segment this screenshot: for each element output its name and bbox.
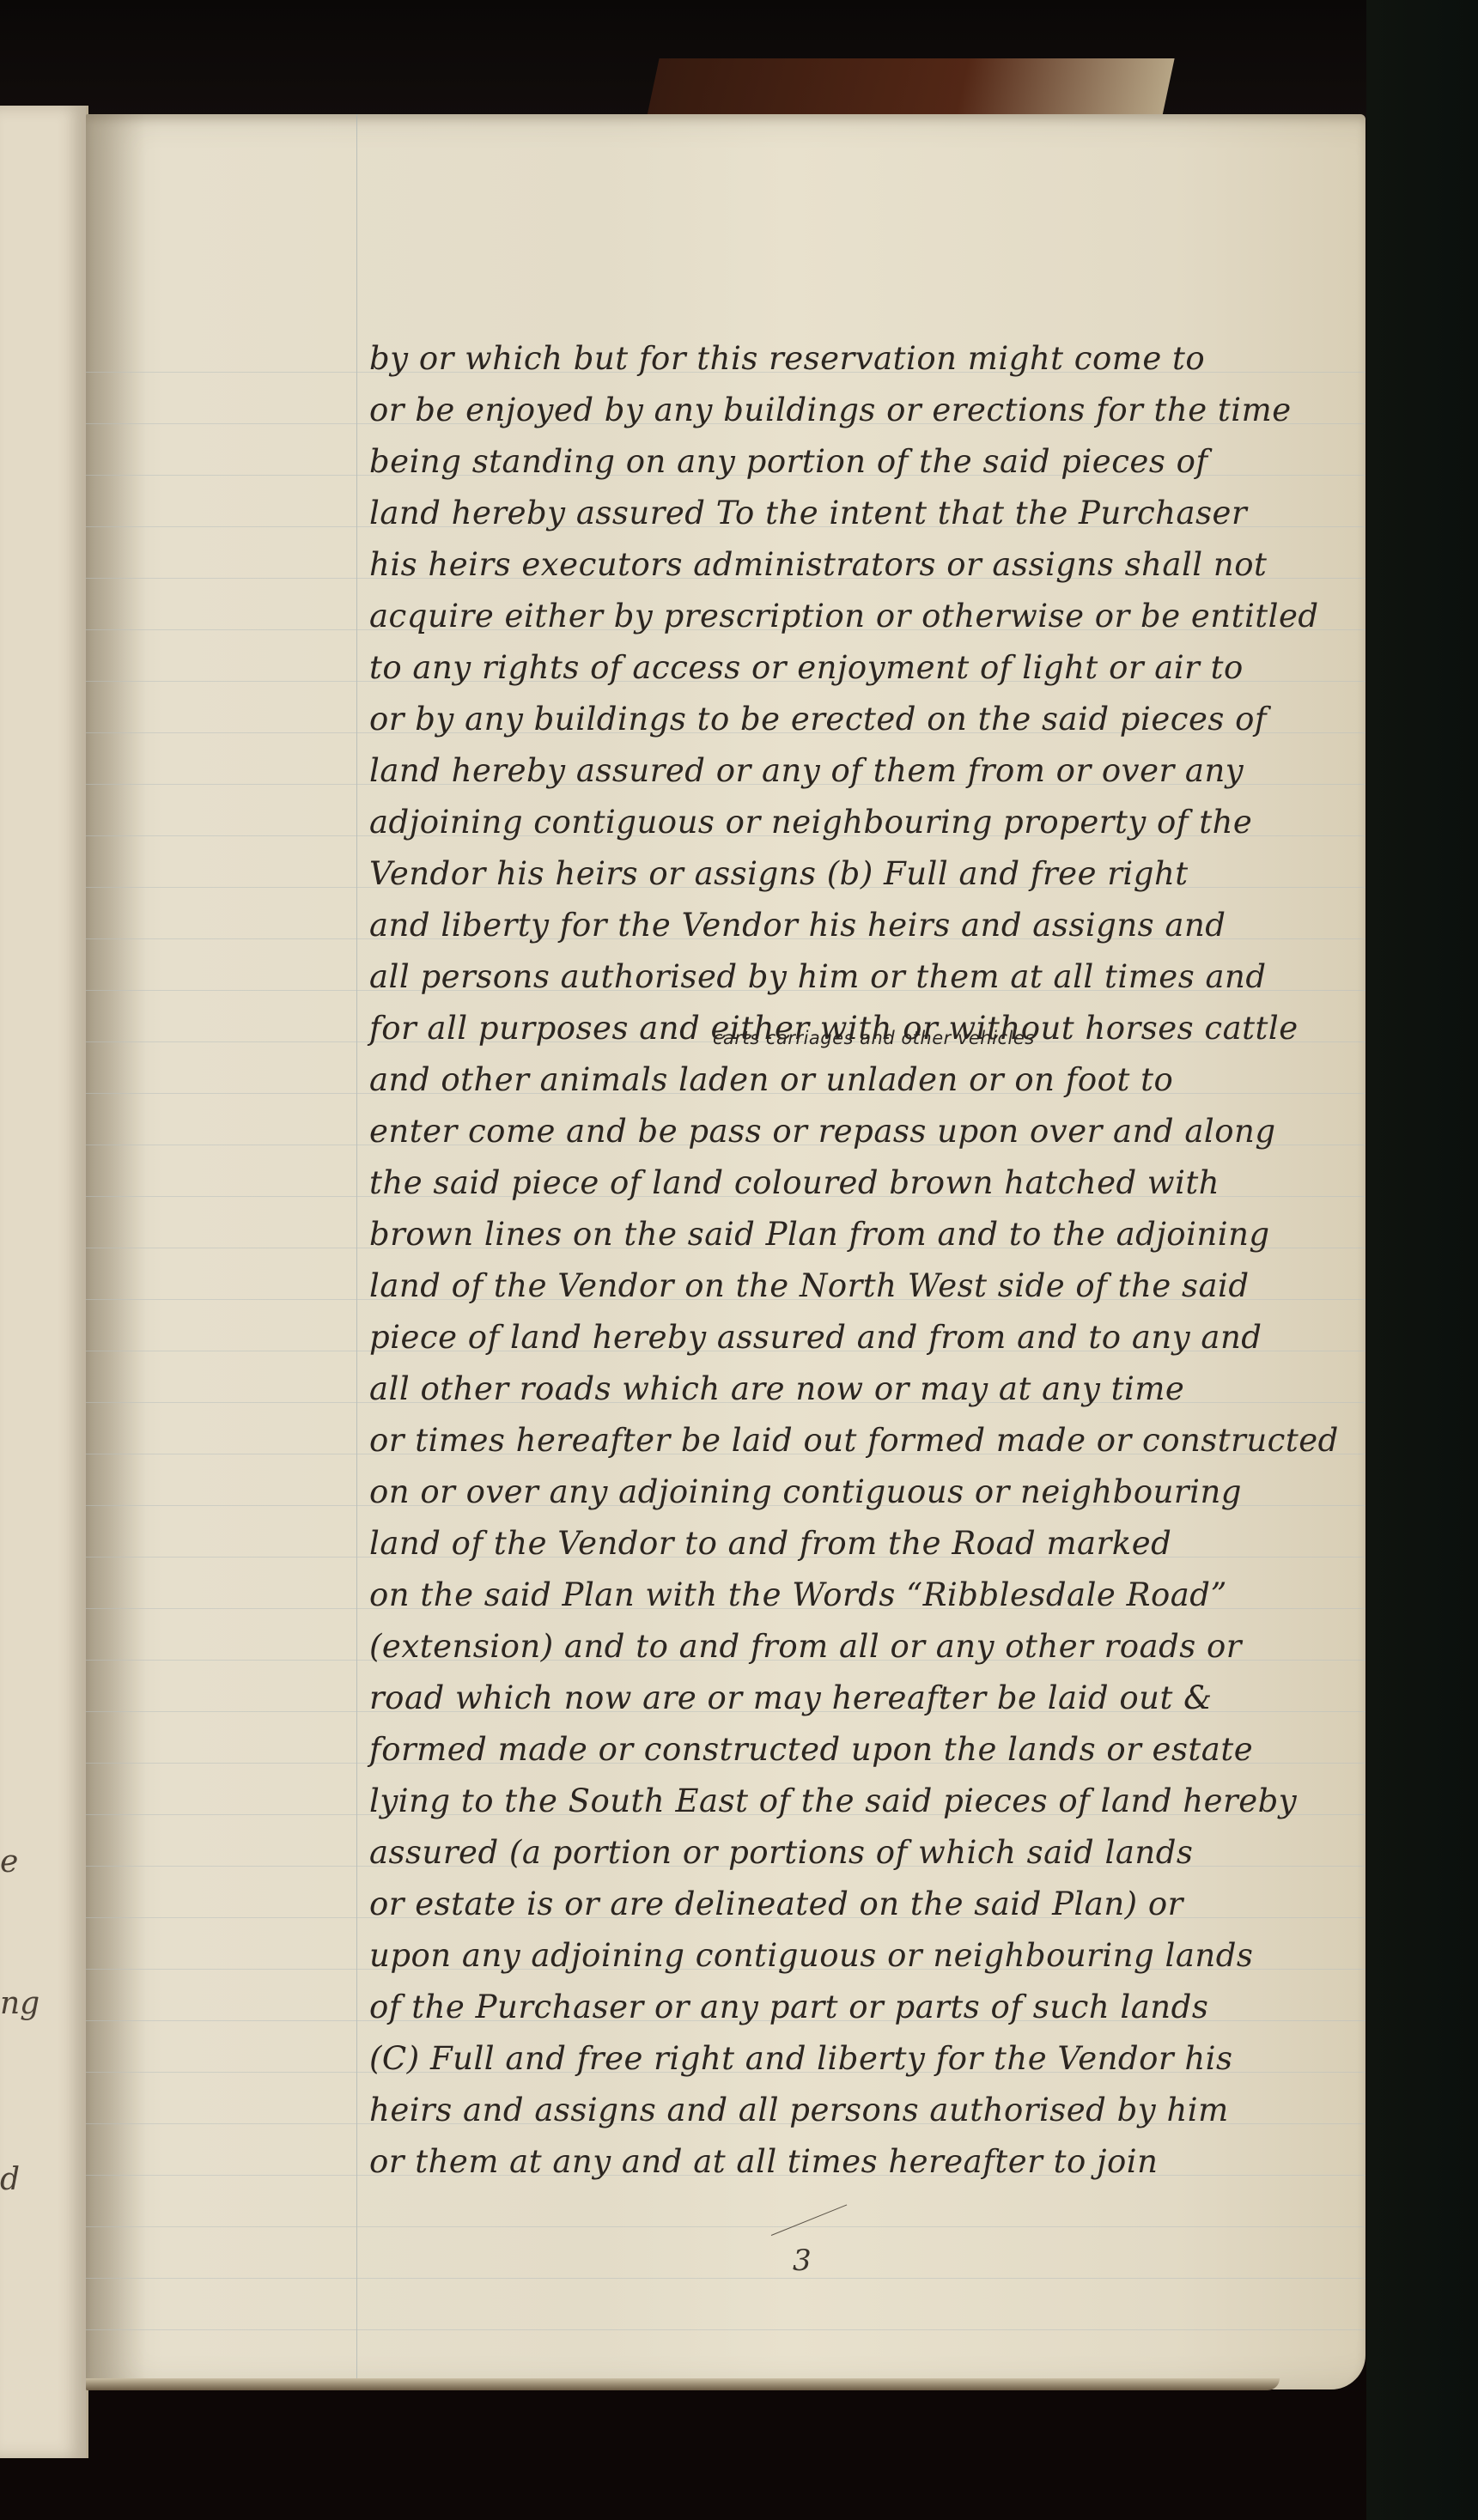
ruled-line — [86, 2329, 1365, 2330]
text-line: brown lines on the said Plan from and to… — [369, 1209, 1348, 1260]
left-page-edge: e ng d — [0, 106, 88, 2458]
document-page: by or which but for this reservation mig… — [86, 114, 1365, 2389]
gutter-shadow — [86, 114, 146, 2389]
text-line-content: and other animals laden or unladen or on… — [369, 1061, 1173, 1098]
text-line: enter come and be pass or repass upon ov… — [369, 1106, 1348, 1157]
left-page-fragment: ng — [0, 1986, 40, 2021]
text-line: heirs and assigns and all persons author… — [369, 2085, 1348, 2136]
text-line: Vendor his heirs or assigns (b) Full and… — [369, 848, 1348, 900]
text-line: being standing on any portion of the sai… — [369, 436, 1348, 488]
text-line: land hereby assured or any of them from … — [369, 745, 1348, 797]
text-line: adjoining contiguous or neighbouring pro… — [369, 797, 1348, 848]
text-line: or them at any and at all times hereafte… — [369, 2136, 1348, 2188]
text-line: upon any adjoining contiguous or neighbo… — [369, 1930, 1348, 1982]
text-line: road which now are or may hereafter be l… — [369, 1673, 1348, 1724]
text-line: the said piece of land coloured brown ha… — [369, 1157, 1348, 1209]
text-line: assured (a portion or portions of which … — [369, 1827, 1348, 1879]
text-line: acquire either by prescription or otherw… — [369, 591, 1348, 642]
text-line: (C) Full and free right and liberty for … — [369, 2033, 1348, 2085]
text-line: of the Purchaser or any part or parts of… — [369, 1982, 1348, 2033]
ruled-line — [86, 2226, 1365, 2227]
text-line: formed made or constructed upon the land… — [369, 1724, 1348, 1776]
underlying-leaf — [646, 58, 1174, 120]
text-line: and liberty for the Vendor his heirs and… — [369, 900, 1348, 951]
page-number: 3 — [793, 2244, 812, 2278]
left-page-fragment: e — [0, 1844, 18, 1879]
text-line: all other roads which are now or may at … — [369, 1363, 1348, 1415]
text-line: all persons authorised by him or them at… — [369, 951, 1348, 1003]
text-line: land of the Vendor on the North West sid… — [369, 1260, 1348, 1312]
left-page-fragment: d — [0, 2162, 20, 2197]
text-line: or be enjoyed by any buildings or erecti… — [369, 385, 1348, 436]
page-number-flourish — [771, 2204, 847, 2236]
text-line: land hereby assured To the intent that t… — [369, 488, 1348, 539]
text-line: on or over any adjoining contiguous or n… — [369, 1466, 1348, 1518]
handwritten-text-block: by or which but for this reservation mig… — [369, 333, 1348, 2188]
text-line: to any rights of access or enjoyment of … — [369, 642, 1348, 694]
text-line: by or which but for this reservation mig… — [369, 333, 1348, 385]
text-line: on the said Plan with the Words “Ribbles… — [369, 1570, 1348, 1621]
page-bottom-edge — [86, 2378, 1280, 2390]
text-line: land of the Vendor to and from the Road … — [369, 1518, 1348, 1570]
text-line: (extension) and to and from all or any o… — [369, 1621, 1348, 1673]
text-line: piece of land hereby assured and from an… — [369, 1312, 1348, 1363]
text-line: his heirs executors administrators or as… — [369, 539, 1348, 591]
text-line: or estate is or are delineated on the sa… — [369, 1879, 1348, 1930]
text-line: lying to the South East of the said piec… — [369, 1776, 1348, 1827]
ruled-line — [86, 2278, 1365, 2279]
text-line: or by any buildings to be erected on the… — [369, 694, 1348, 745]
dark-background-right — [1366, 0, 1478, 2520]
margin-rule — [356, 114, 357, 2389]
text-line: or times hereafter be laid out formed ma… — [369, 1415, 1348, 1466]
text-line-with-insertion: carts carriages and other vehicles and o… — [369, 1054, 1348, 1106]
interlinear-insertion: carts carriages and other vehicles — [713, 1029, 1035, 1047]
